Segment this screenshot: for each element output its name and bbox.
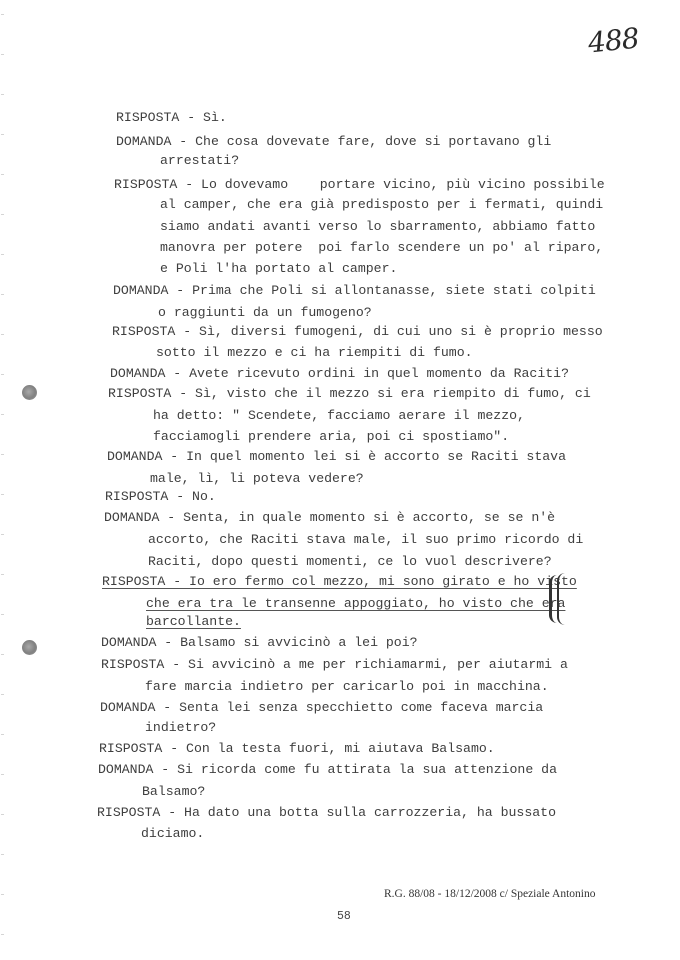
transcript-line: manovra per potere poi farlo scendere un… xyxy=(160,240,603,255)
transcript-line: RISPOSTA - Sì, visto che il mezzo si era… xyxy=(108,386,591,401)
transcript-line-underlined: che era tra le transenne appoggiato, ho … xyxy=(146,596,565,611)
transcript-line: RISPOSTA - Ha dato una botta sulla carro… xyxy=(97,805,556,820)
transcript-line: fare marcia indietro per caricarlo poi i… xyxy=(145,679,549,694)
transcript-line: RISPOSTA - Con la testa fuori, mi aiutav… xyxy=(99,741,495,756)
transcript-line: DOMANDA - Avete ricevuto ordini in quel … xyxy=(110,366,569,381)
transcript-line: Balsamo? xyxy=(142,784,205,799)
transcript-line: al camper, che era già predisposto per i… xyxy=(160,197,603,212)
scanned-transcript-page: 488 RISPOSTA - Sì. DOMANDA - Che cosa do… xyxy=(0,0,680,960)
transcript-line: facciamogli prendere aria, poi ci sposti… xyxy=(153,429,509,444)
transcript-line: RISPOSTA - Sì. xyxy=(116,110,227,125)
transcript-line: DOMANDA - Senta, in quale momento si è a… xyxy=(104,510,555,525)
transcript-line: arrestati? xyxy=(160,153,239,168)
punch-hole-top xyxy=(22,385,37,400)
transcript-line: Raciti, dopo questi momenti, ce lo vuol … xyxy=(148,554,552,569)
transcript-line: siamo andati avanti verso lo sbarramento… xyxy=(160,219,595,234)
transcript-line: diciamo. xyxy=(141,826,204,841)
transcript-line: DOMANDA - Balsamo si avvicinò a lei poi? xyxy=(101,635,418,650)
transcript-line: male, lì, li poteva vedere? xyxy=(150,471,364,486)
transcript-line: RISPOSTA - Lo dovevamo portare vicino, p… xyxy=(114,177,605,192)
transcript-line: DOMANDA - Senta lei senza specchietto co… xyxy=(100,700,543,715)
transcript-line: indietro? xyxy=(145,720,216,735)
punch-hole-bottom xyxy=(22,640,37,655)
handwritten-bracket-mark xyxy=(557,573,567,625)
transcript-line: e Poli l'ha portato al camper. xyxy=(160,261,397,276)
transcript-line-underlined: barcollante. xyxy=(146,614,241,629)
transcript-line: DOMANDA - Prima che Poli si allontanasse… xyxy=(113,283,596,298)
page-number: 58 xyxy=(337,910,351,923)
transcript-line: sotto il mezzo e ci ha riempiti di fumo. xyxy=(156,345,473,360)
transcript-line: accorto, che Raciti stava male, il suo p… xyxy=(148,532,583,547)
transcript-line: RISPOSTA - Si avvicinò a me per richiama… xyxy=(101,657,568,672)
handwritten-page-number: 488 xyxy=(586,21,640,59)
transcript-line: ha detto: " Scendete, facciamo aerare il… xyxy=(153,408,525,423)
transcript-line: RISPOSTA - Sì, diversi fumogeni, di cui … xyxy=(112,324,603,339)
case-reference-footer: R.G. 88/08 - 18/12/2008 c/ Speziale Anto… xyxy=(384,888,595,900)
transcript-line-underlined: RISPOSTA - Io ero fermo col mezzo, mi so… xyxy=(102,574,577,589)
scan-margin-artifacts xyxy=(1,0,4,960)
transcript-line: RISPOSTA - No. xyxy=(105,489,216,504)
transcript-line: DOMANDA - Che cosa dovevate fare, dove s… xyxy=(116,134,551,149)
transcript-line: DOMANDA - Si ricorda come fu attirata la… xyxy=(98,762,557,777)
transcript-line: DOMANDA - In quel momento lei si è accor… xyxy=(107,449,566,464)
transcript-line: o raggiunti da un fumogeno? xyxy=(158,305,372,320)
